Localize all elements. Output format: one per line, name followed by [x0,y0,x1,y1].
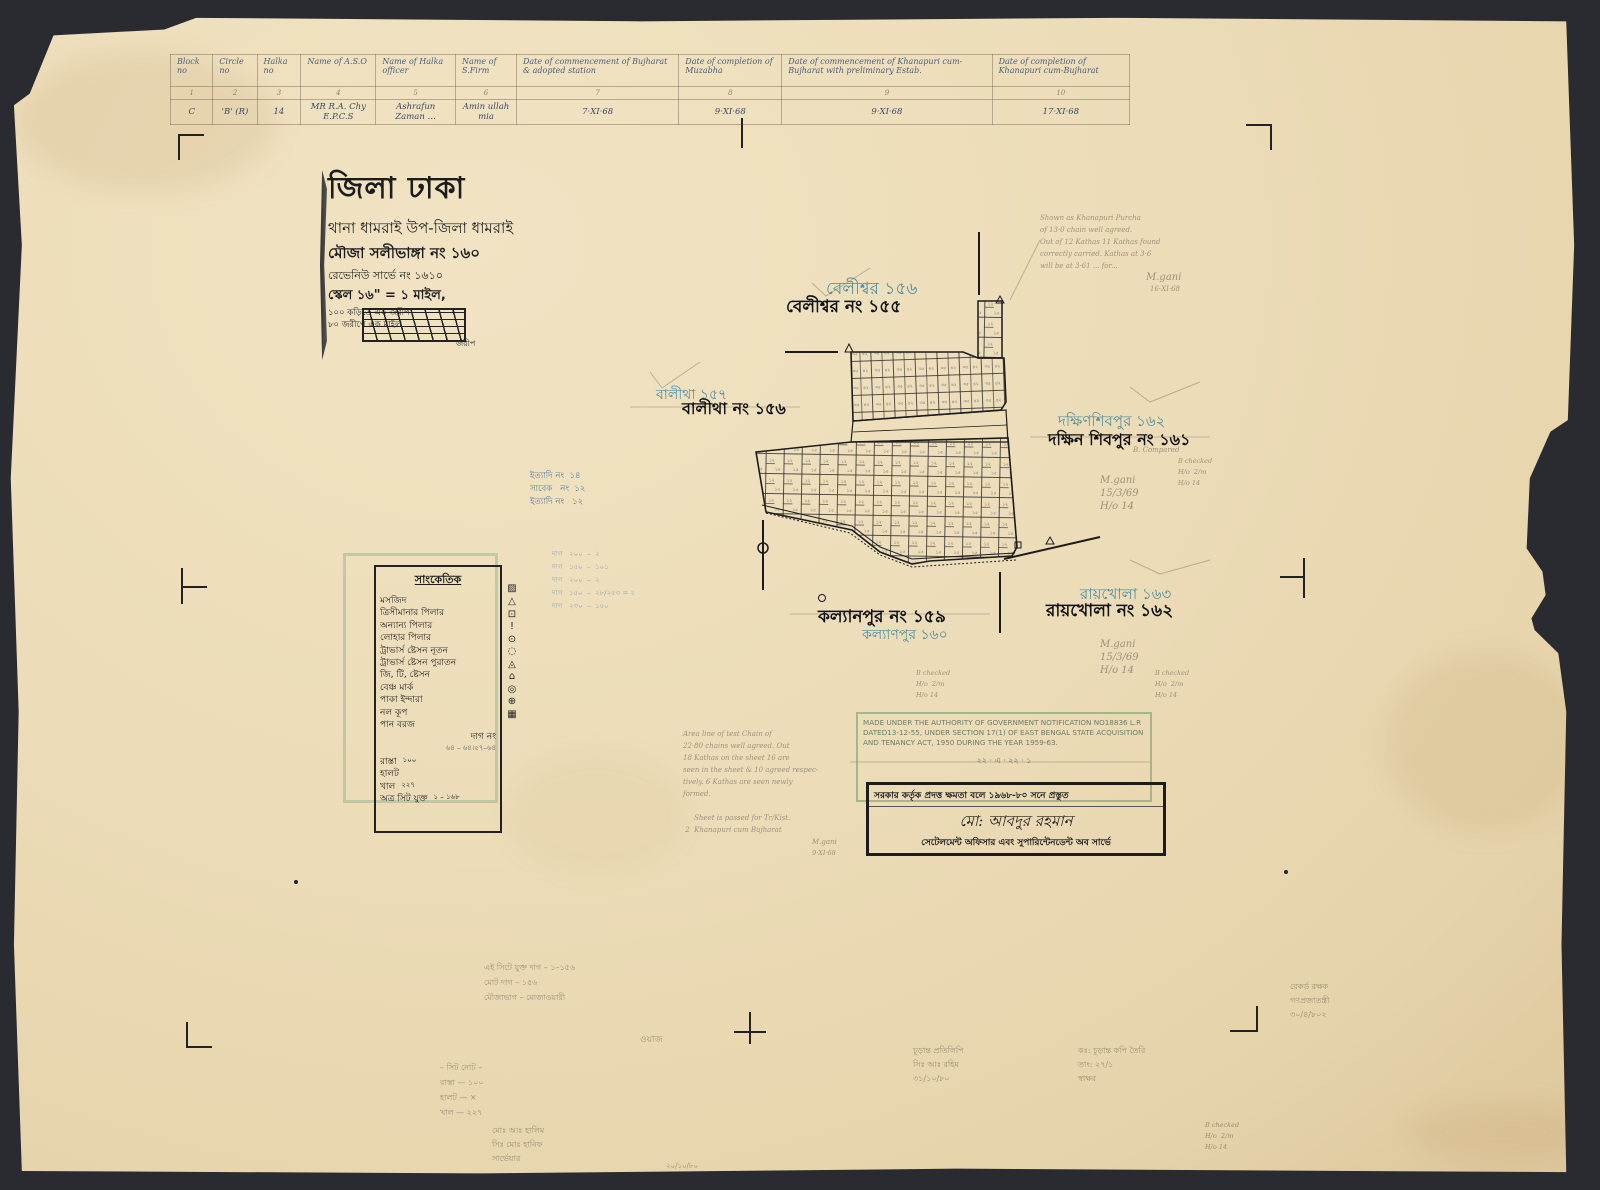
pencil-check-note: M.gani 15/3/69 H/o 14 [1100,638,1139,677]
betel-garden-icon: ▦ [505,709,519,720]
legend-dag-range: ৬৪ – ৬৪।৫৭–৬৪ [380,742,496,754]
pencil-note-sheet-note: – সিট নোট – রাস্তা — ১০০ হালট — × খাল — … [440,1060,483,1120]
gt-station-icon: ◬ [505,659,519,670]
pencil-note-bottom-mid: চূড়ান্ত প্রতিলিপি সিঃ আঃ রহিম ৩১/১০/৮০ [913,1044,964,1086]
legend-item: ত্রিসীমানার পিলার [380,605,496,617]
pucca-well-icon: ◎ [505,684,519,695]
legend-item: মসজিদ [380,593,496,605]
pencil-note-bottom-center: এই সিটে যুক্ত দাগ – ১–১৫৬ মোট দাগ – ১৫৬ … [484,960,575,1005]
pencil-compared-note: B. Compared [1133,446,1179,454]
ink-dot [1284,870,1288,874]
pencil-check-note: B checked H/o 2/m H/o 14 [1205,1120,1239,1153]
blue-note-stats: ইত্যাদি নং ১৪ সাবেক নং ১২ ইত্যাদি নং ১২ [530,470,585,509]
pencil-date: 16·XI·68 [1150,285,1180,293]
legend-title: সাংকেতিক [380,571,496,590]
blue-note-list: দাগ ২০০ – ২ দাগ ১৫০ – ১০১ দাগ ২০০ – ২ দা… [552,548,635,613]
iron-pillar-icon: ! [505,621,519,632]
pencil-note-center: Area line of test Chain of 22·80 chains … [683,728,818,836]
pencil-note-bottom-center-sig: ওয়াজ [640,1032,663,1047]
pencil-date: ২০/১০/৮০ [666,1160,698,1172]
pencil-note-bottom-right: রেকর্ড রক্ষক গণপ্রজাতন্ত্রী ৩০/৪/৮০২ [1290,980,1329,1022]
pencil-check-note: B checked H/o 2/m H/o 14 [916,668,950,701]
traverse-station-old-icon: ◌ [505,646,519,657]
pencil-signature: M.gani [1146,272,1181,283]
pencil-date: 9·XI·68 [812,849,836,857]
legend-item: পান বরজ [380,717,496,729]
pencil-note-top-right: Shown as Khanapuri Purcha of 13·0 chain … [1040,212,1160,272]
tube-well-icon: ⊕ [505,696,519,707]
legend-item: ট্রাভার্স ষ্টেসন পুরাতন [380,655,496,667]
pencil-note-bottom-mid-right: কঃ: চূড়ান্ত কপি তৈরি তাং: ২৭/১ স্বাক্ষর [1078,1044,1145,1086]
neighbor-southeast: রায়খোলা নং ১৬২ [1046,598,1173,626]
legend-item: বেঞ্চ মার্ক [380,680,496,692]
legend-row-halot: হালট [380,766,496,778]
legend-row-canal: খাল২২৭ [380,779,496,791]
ink-dot [294,880,298,884]
legend-row-sheet-plots: অত্র সিট যুক্ত১ – ১৬৮ [380,791,496,803]
notification-text: MADE UNDER THE AUTHORITY OF GOVERNMENT N… [863,718,1145,748]
neighbor-west: বালীথা নং ১৫৬ [682,396,786,423]
pencil-note-surveyor: মোঃ আঃ হালিম সিঃ মোঃ হানিফ সার্ভেয়ার [492,1124,544,1166]
pencil-check-note: B checked H/o 2/m H/o 14 [1155,668,1189,701]
legend-item: ট্রাভার্স ষ্টেসন নূতন [380,643,496,655]
other-pillar-icon: ⊡ [505,609,519,620]
officer-signature: মো: আবদুর রহমান [869,807,1163,835]
traverse-station-new-icon: ⊙ [505,634,519,645]
legend-dag-header: দাগ নং [380,729,496,741]
certificate-box: সরকার কর্তৃক প্রদত্ত ক্ষমতা বলে ১৯৬৮-৮০ … [866,782,1166,856]
pencil-signature: M.gani [812,838,837,846]
notification-stamp-line: ২২ · এ · ২২ · ১ [863,756,1145,766]
tri-junction-pillar-icon: △ [505,596,519,607]
legend-item: নল কূপ [380,705,496,717]
mosque-symbol-icon: ▨ [505,583,519,594]
pencil-check-note: B checked H/o 2/m H/o 14 [1178,456,1212,489]
legend-item: জি, টি, ষ্টেসন [380,667,496,679]
legend-item: লোহার পিলার [380,630,496,642]
legend-item: পাকা ইন্দারা [380,692,496,704]
bench-mark-icon: ⌂ [505,671,519,682]
legend-box: সাংকেতিক মসজিদ ত্রিসীমানার পিলার অন্যান্… [374,565,502,833]
legend-row-road: রাস্তা১০০ [380,754,496,766]
certificate-designation: সেটেলমেন্ট অফিসার এবং সুপারিন্টেনডেন্ট অ… [869,835,1163,850]
neighbor-north: বেলীশ্বর নং ১৫৫ [786,294,901,322]
neighbor-south-old: কল্যাণপুর ১৬০ [862,623,948,647]
pencil-check-note: M.gani 15/3/69 H/o 14 [1100,474,1139,513]
certificate-header: সরকার কর্তৃক প্রদত্ত ক্ষমতা বলে ১৯৬৮-৮০ … [869,785,1163,807]
legend-item: অন্যান্য পিলার [380,618,496,630]
mouza-map: ৩৫ ৪২ ১২ ১৫ [0,0,1600,1190]
